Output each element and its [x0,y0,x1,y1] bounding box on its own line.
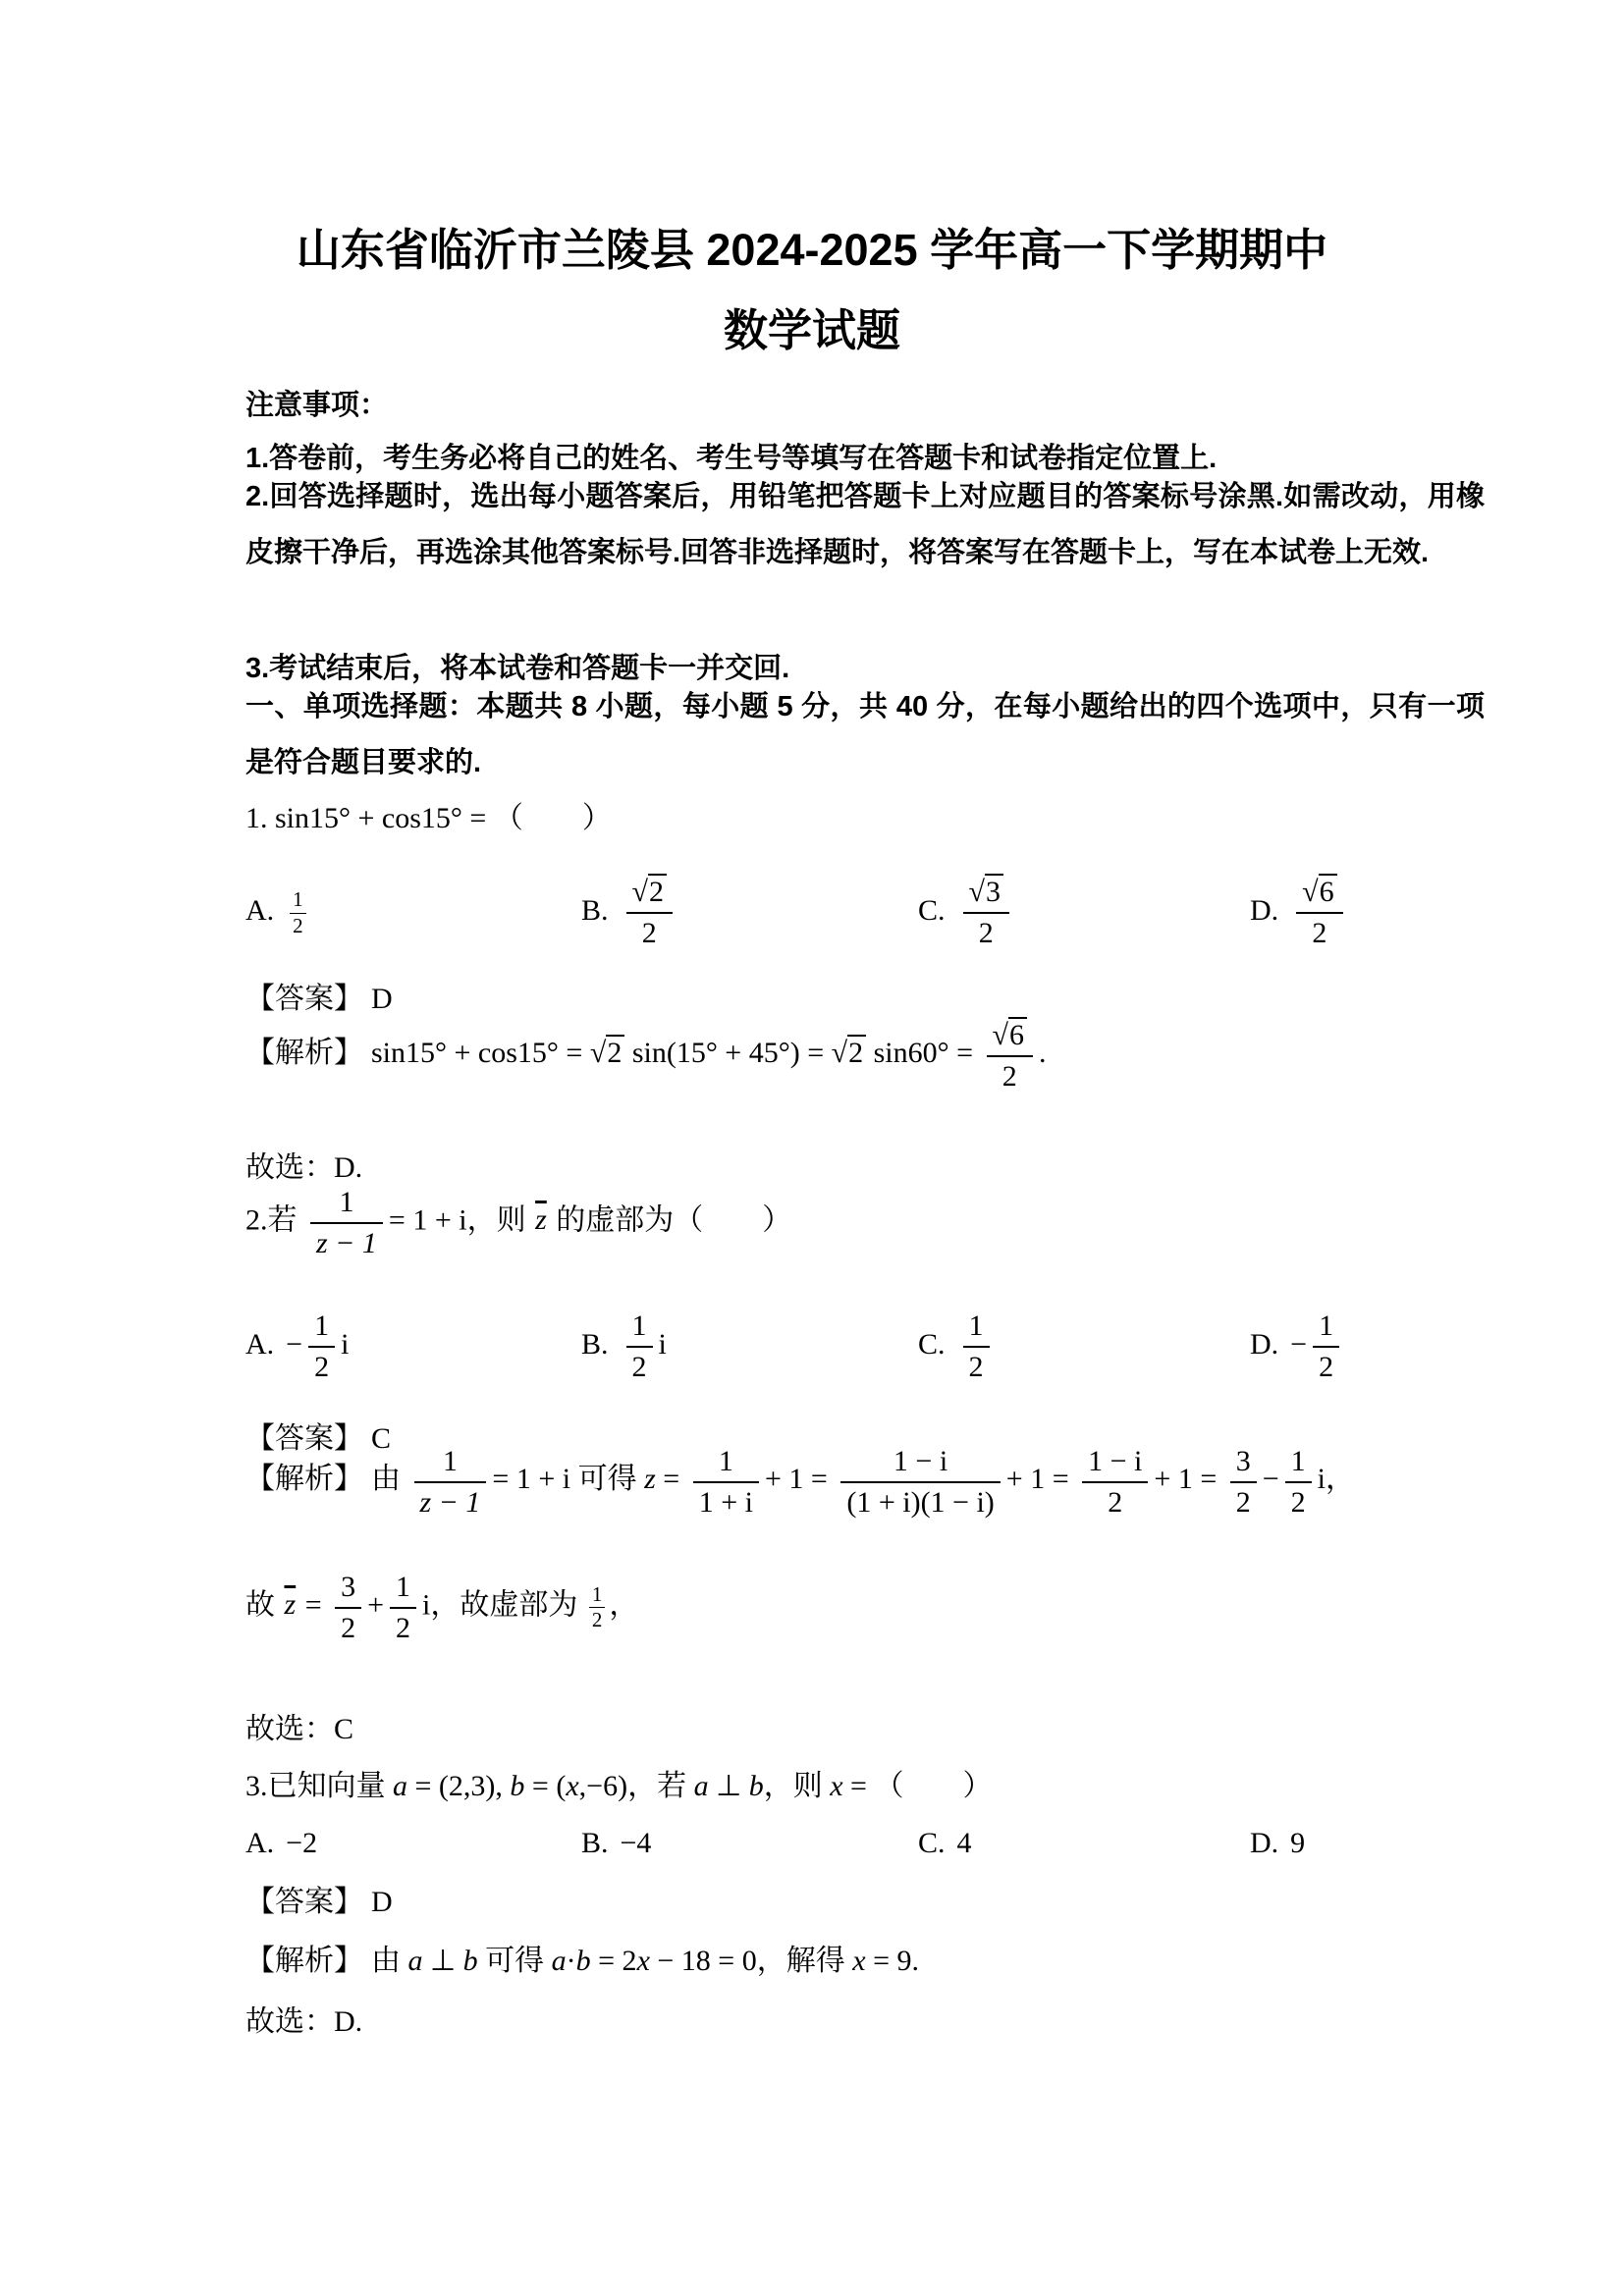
question-1-option-a: A.12 [245,888,581,937]
option-label: C. [918,894,946,927]
option-value: 12i [621,1328,667,1361]
question-2-option-c: C.12 [918,1309,1250,1383]
question-3-conclusion: 故选：D. [245,2001,1485,2044]
question-3-option-c: C.4 [918,1827,1250,1860]
question-2-option-d: D.−12 [1250,1309,1485,1383]
question-3-option-d: D.9 [1250,1827,1485,1860]
question-2-analysis-line-1: 【解析】由 1z − 1= 1 + i 可得 z = 11 + i+ 1 = 1… [245,1445,1485,1519]
option-label: D. [1250,894,1278,927]
option-label: A. [245,894,274,927]
option-label: D. [1250,1827,1278,1859]
analysis-math: sin15° + cos15° = √2 sin(15° + 45°) = √2… [371,1037,1047,1069]
question-3-analysis: 【解析】由 a ⊥ b 可得 a·b = 2x − 18 = 0，解得 x = … [245,1940,1485,1983]
question-2-analysis-line-2: 故 z = 32+12i，故虚部为 12， [245,1571,1485,1644]
option-value: √62 [1290,894,1348,927]
question-2-option-a: A.−12i [245,1309,581,1383]
question-1-answer: 【答案】D [245,978,1485,1021]
question-1-options: A.12 B.√22 C.√32 D.√62 [245,856,1485,970]
option-label: C. [918,1328,946,1361]
analysis-tag: 【解析】 [245,1945,363,1977]
analysis-tag: 【解析】 [245,1463,363,1495]
question-1-option-d: D.√62 [1250,876,1485,949]
option-value: 4 [957,1827,972,1859]
option-value: −12 [1290,1328,1345,1361]
option-value: 12 [286,894,310,927]
question-3-option-a: A.−2 [245,1827,581,1860]
option-value: 12 [957,1328,996,1361]
notice-header: 注意事项： [245,385,1485,426]
question-1-stem: 1. sin15° + cos15° = （ ） [245,797,1485,840]
option-label: B. [581,894,609,927]
question-2-option-b: B.12i [581,1309,918,1383]
section-one-header: 一、单项选择题：本题共 8 小题，每小题 5 分，共 40 分，在每小题给出的四… [245,679,1485,791]
question-2-stem: 2.若 1z − 1= 1 + i，则 z 的虚部为（ ） [245,1186,1485,1259]
option-value: √32 [957,894,1015,927]
question-3-answer: 【答案】D [245,1881,1485,1924]
question-1-option-c: C.√32 [918,876,1250,949]
option-value: −2 [286,1827,317,1859]
question-1-conclusion: 故选：D. [245,1147,1485,1190]
answer-tag: 【答案】 [245,1886,363,1918]
option-label: C. [918,1827,946,1859]
question-2-options: A.−12i B.12i C.12 D.−12 [245,1298,1485,1396]
option-value: √22 [621,894,678,927]
option-label: A. [245,1328,274,1361]
exam-title-line1: 山东省临沂市兰陵县 2024-2025 学年高一下学期期中 [0,226,1624,275]
question-1-analysis: 【解析】sin15° + cos15° = √2 sin(15° + 45°) … [245,1019,1485,1093]
option-value: −12i [286,1328,349,1361]
question-3-answer-value: D [371,1886,393,1918]
analysis-tag: 【解析】 [245,1037,363,1069]
option-label: B. [581,1328,609,1361]
question-1-answer-value: D [371,983,393,1015]
option-label: B. [581,1827,609,1859]
question-3-stem: 3.已知向量 a = (2,3), b = (x,−6)，若 a ⊥ b，则 x… [245,1765,1485,1808]
analysis-math: 由 a ⊥ b 可得 a·b = 2x − 18 = 0，解得 x = 9. [371,1945,919,1977]
question-3-options: A.−2 B.−4 C.4 D.9 [245,1822,1485,1865]
question-2-conclusion: 故选：C [245,1708,1485,1751]
exam-title-line2: 数学试题 [0,306,1624,355]
analysis-math: 由 1z − 1= 1 + i 可得 z = 11 + i+ 1 = 1 − i… [371,1463,1355,1495]
question-3-option-b: B.−4 [581,1827,918,1860]
option-label: A. [245,1827,274,1859]
option-label: D. [1250,1328,1278,1361]
option-value: 9 [1290,1827,1305,1859]
answer-tag: 【答案】 [245,983,363,1015]
option-value: −4 [621,1827,652,1859]
exam-paper-document: 山东省临沂市兰陵县 2024-2025 学年高一下学期期中 数学试题 注意事项：… [0,0,1624,2296]
notice-item-2: 2.回答选择题时，选出每小题答案后，用铅笔把答题卡上对应题目的答案标号涂黑.如需… [245,469,1485,581]
question-1-option-b: B.√22 [581,876,918,949]
